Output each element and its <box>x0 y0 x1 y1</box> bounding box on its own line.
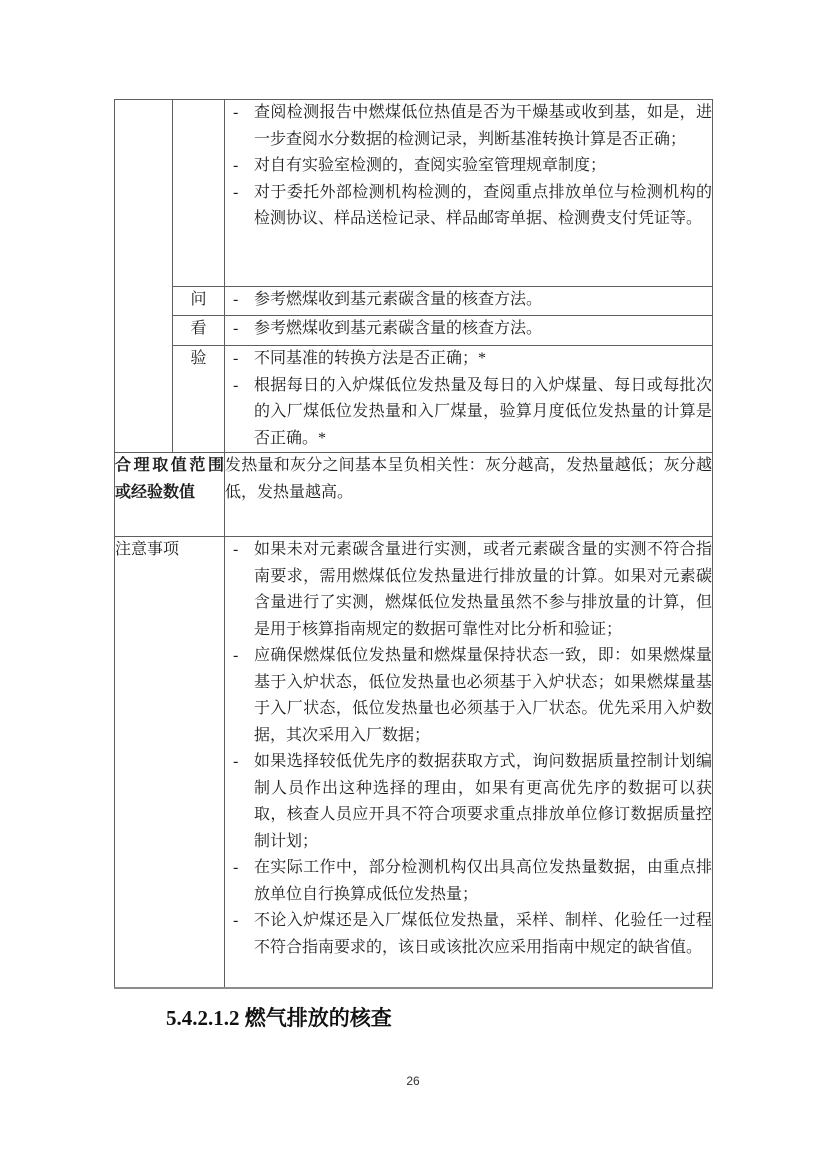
dash-bullet: - <box>233 100 238 127</box>
dash-bullet: - <box>233 346 238 373</box>
category-spanner-cell <box>115 100 173 453</box>
list-item: -应确保燃煤低位发热量和燃煤量保持状态一致，即：如果燃煤量基于入炉状态，低位发热… <box>225 643 712 749</box>
verify-content-cell: -不同基准的转换方法是否正确；* -根据每日的入炉煤低位发热量及每日的入炉煤量、… <box>225 346 713 453</box>
table-row-notes: 注意事项 -如果未对元素碳含量进行实测，或者元素碳含量的实测不符合指南要求，需用… <box>115 537 713 989</box>
method-label-look: 看 <box>173 316 225 346</box>
list-item: -根据每日的入炉煤低位发热量及每日的入炉煤量、每日或每批次的入厂煤低位发热量和入… <box>225 373 712 453</box>
dash-bullet: - <box>233 316 238 343</box>
list-item: -对于委托外部检测机构检测的，查阅重点排放单位与检测机构的检测协议、样品送检记录… <box>225 180 712 233</box>
method-label-verify: 验 <box>173 346 225 453</box>
list-item-text: 根据每日的入炉煤低位发热量及每日的入炉煤量、每日或每批次的入厂煤低位发热量和入厂… <box>254 377 712 447</box>
dash-bullet: - <box>233 537 238 564</box>
dash-bullet: - <box>233 180 238 207</box>
dash-bullet: - <box>233 908 238 935</box>
list-item: -参考燃煤收到基元素碳含量的核查方法。 <box>225 316 712 343</box>
list-item: -在实际工作中，部分检测机构仅出具高位发热量数据，由重点排放单位自行换算成低位发… <box>225 855 712 908</box>
document-page: -查阅检测报告中燃煤低位热值是否为干燥基或收到基，如是，进一步查阅水分数据的检测… <box>0 0 826 1169</box>
notes-content-cell: -如果未对元素碳含量进行实测，或者元素碳含量的实测不符合指南要求，需用燃煤低位发… <box>225 537 713 989</box>
table-row-ask: 问 -参考燃煤收到基元素碳含量的核查方法。 <box>115 287 713 316</box>
list-item: -如果未对元素碳含量进行实测，或者元素碳含量的实测不符合指南要求，需用燃煤低位发… <box>225 537 712 643</box>
list-item: -不同基准的转换方法是否正确；* <box>225 346 712 373</box>
list-item-text: 查阅检测报告中燃煤低位热值是否为干燥基或收到基，如是，进一步查阅水分数据的检测记… <box>254 104 712 148</box>
dash-bullet: - <box>233 153 238 180</box>
list-item-text: 在实际工作中，部分检测机构仅出具高位发热量数据，由重点排放单位自行换算成低位发热… <box>254 859 712 903</box>
list-item: -参考燃煤收到基元素碳含量的核查方法。 <box>225 287 712 314</box>
table-row-verify: 验 -不同基准的转换方法是否正确；* -根据每日的入炉煤低位发热量及每日的入炉煤… <box>115 346 713 453</box>
list-item: -如果选择较低优先序的数据获取方式，询问数据质量控制计划编制人员作出这种选择的理… <box>225 749 712 855</box>
ask-content-cell: -参考燃煤收到基元素碳含量的核查方法。 <box>225 287 713 316</box>
list-item-text: 不同基准的转换方法是否正确；* <box>254 350 486 367</box>
dash-bullet: - <box>233 373 238 400</box>
table-row-check: -查阅检测报告中燃煤低位热值是否为干燥基或收到基，如是，进一步查阅水分数据的检测… <box>115 100 713 287</box>
list-item-text: 对自有实验室检测的，查阅实验室管理规章制度； <box>254 157 606 174</box>
range-content-cell: 发热量和灰分之间基本呈负相关性：灰分越高，发热量越低；灰分越低，发热量越高。 <box>225 453 713 537</box>
dash-bullet: - <box>233 287 238 314</box>
table-row-range: 合理取值范围或经验数值 发热量和灰分之间基本呈负相关性：灰分越高，发热量越低；灰… <box>115 453 713 537</box>
list-item-text: 不论入炉煤还是入厂煤低位发热量，采样、制样、化验任一过程不符合指南要求的，该日或… <box>254 912 712 956</box>
list-item: -不论入炉煤还是入厂煤低位发热量，采样、制样、化验任一过程不符合指南要求的，该日… <box>225 908 712 961</box>
list-item-text: 对于委托外部检测机构检测的，查阅重点排放单位与检测机构的检测协议、样品送检记录、… <box>254 184 712 228</box>
list-item-text: 参考燃煤收到基元素碳含量的核查方法。 <box>254 291 542 308</box>
list-item-text: 应确保燃煤低位发热量和燃煤量保持状态一致，即：如果燃煤量基于入炉状态，低位发热量… <box>254 647 712 744</box>
list-item: -查阅检测报告中燃煤低位热值是否为干燥基或收到基，如是，进一步查阅水分数据的检测… <box>225 100 712 153</box>
verification-table: -查阅检测报告中燃煤低位热值是否为干燥基或收到基，如是，进一步查阅水分数据的检测… <box>114 99 713 989</box>
list-item-text: 参考燃煤收到基元素碳含量的核查方法。 <box>254 320 542 337</box>
range-row-label: 合理取值范围或经验数值 <box>115 453 225 537</box>
page-number: 26 <box>0 1074 826 1088</box>
dash-bullet: - <box>233 643 238 670</box>
method-cell-empty <box>173 100 225 287</box>
look-content-cell: -参考燃煤收到基元素碳含量的核查方法。 <box>225 316 713 346</box>
check-content-cell: -查阅检测报告中燃煤低位热值是否为干燥基或收到基，如是，进一步查阅水分数据的检测… <box>225 100 713 287</box>
section-heading: 5.4.2.1.2 燃气排放的核查 <box>166 1002 392 1032</box>
list-item-text: 如果选择较低优先序的数据获取方式，询问数据质量控制计划编制人员作出这种选择的理由… <box>254 753 712 850</box>
method-label-ask: 问 <box>173 287 225 316</box>
notes-row-label: 注意事项 <box>115 537 225 989</box>
list-item: -对自有实验室检测的，查阅实验室管理规章制度； <box>225 153 712 180</box>
table-row-look: 看 -参考燃煤收到基元素碳含量的核查方法。 <box>115 316 713 346</box>
list-item-text: 如果未对元素碳含量进行实测，或者元素碳含量的实测不符合指南要求，需用燃煤低位发热… <box>254 541 712 638</box>
dash-bullet: - <box>233 749 238 776</box>
dash-bullet: - <box>233 855 238 882</box>
